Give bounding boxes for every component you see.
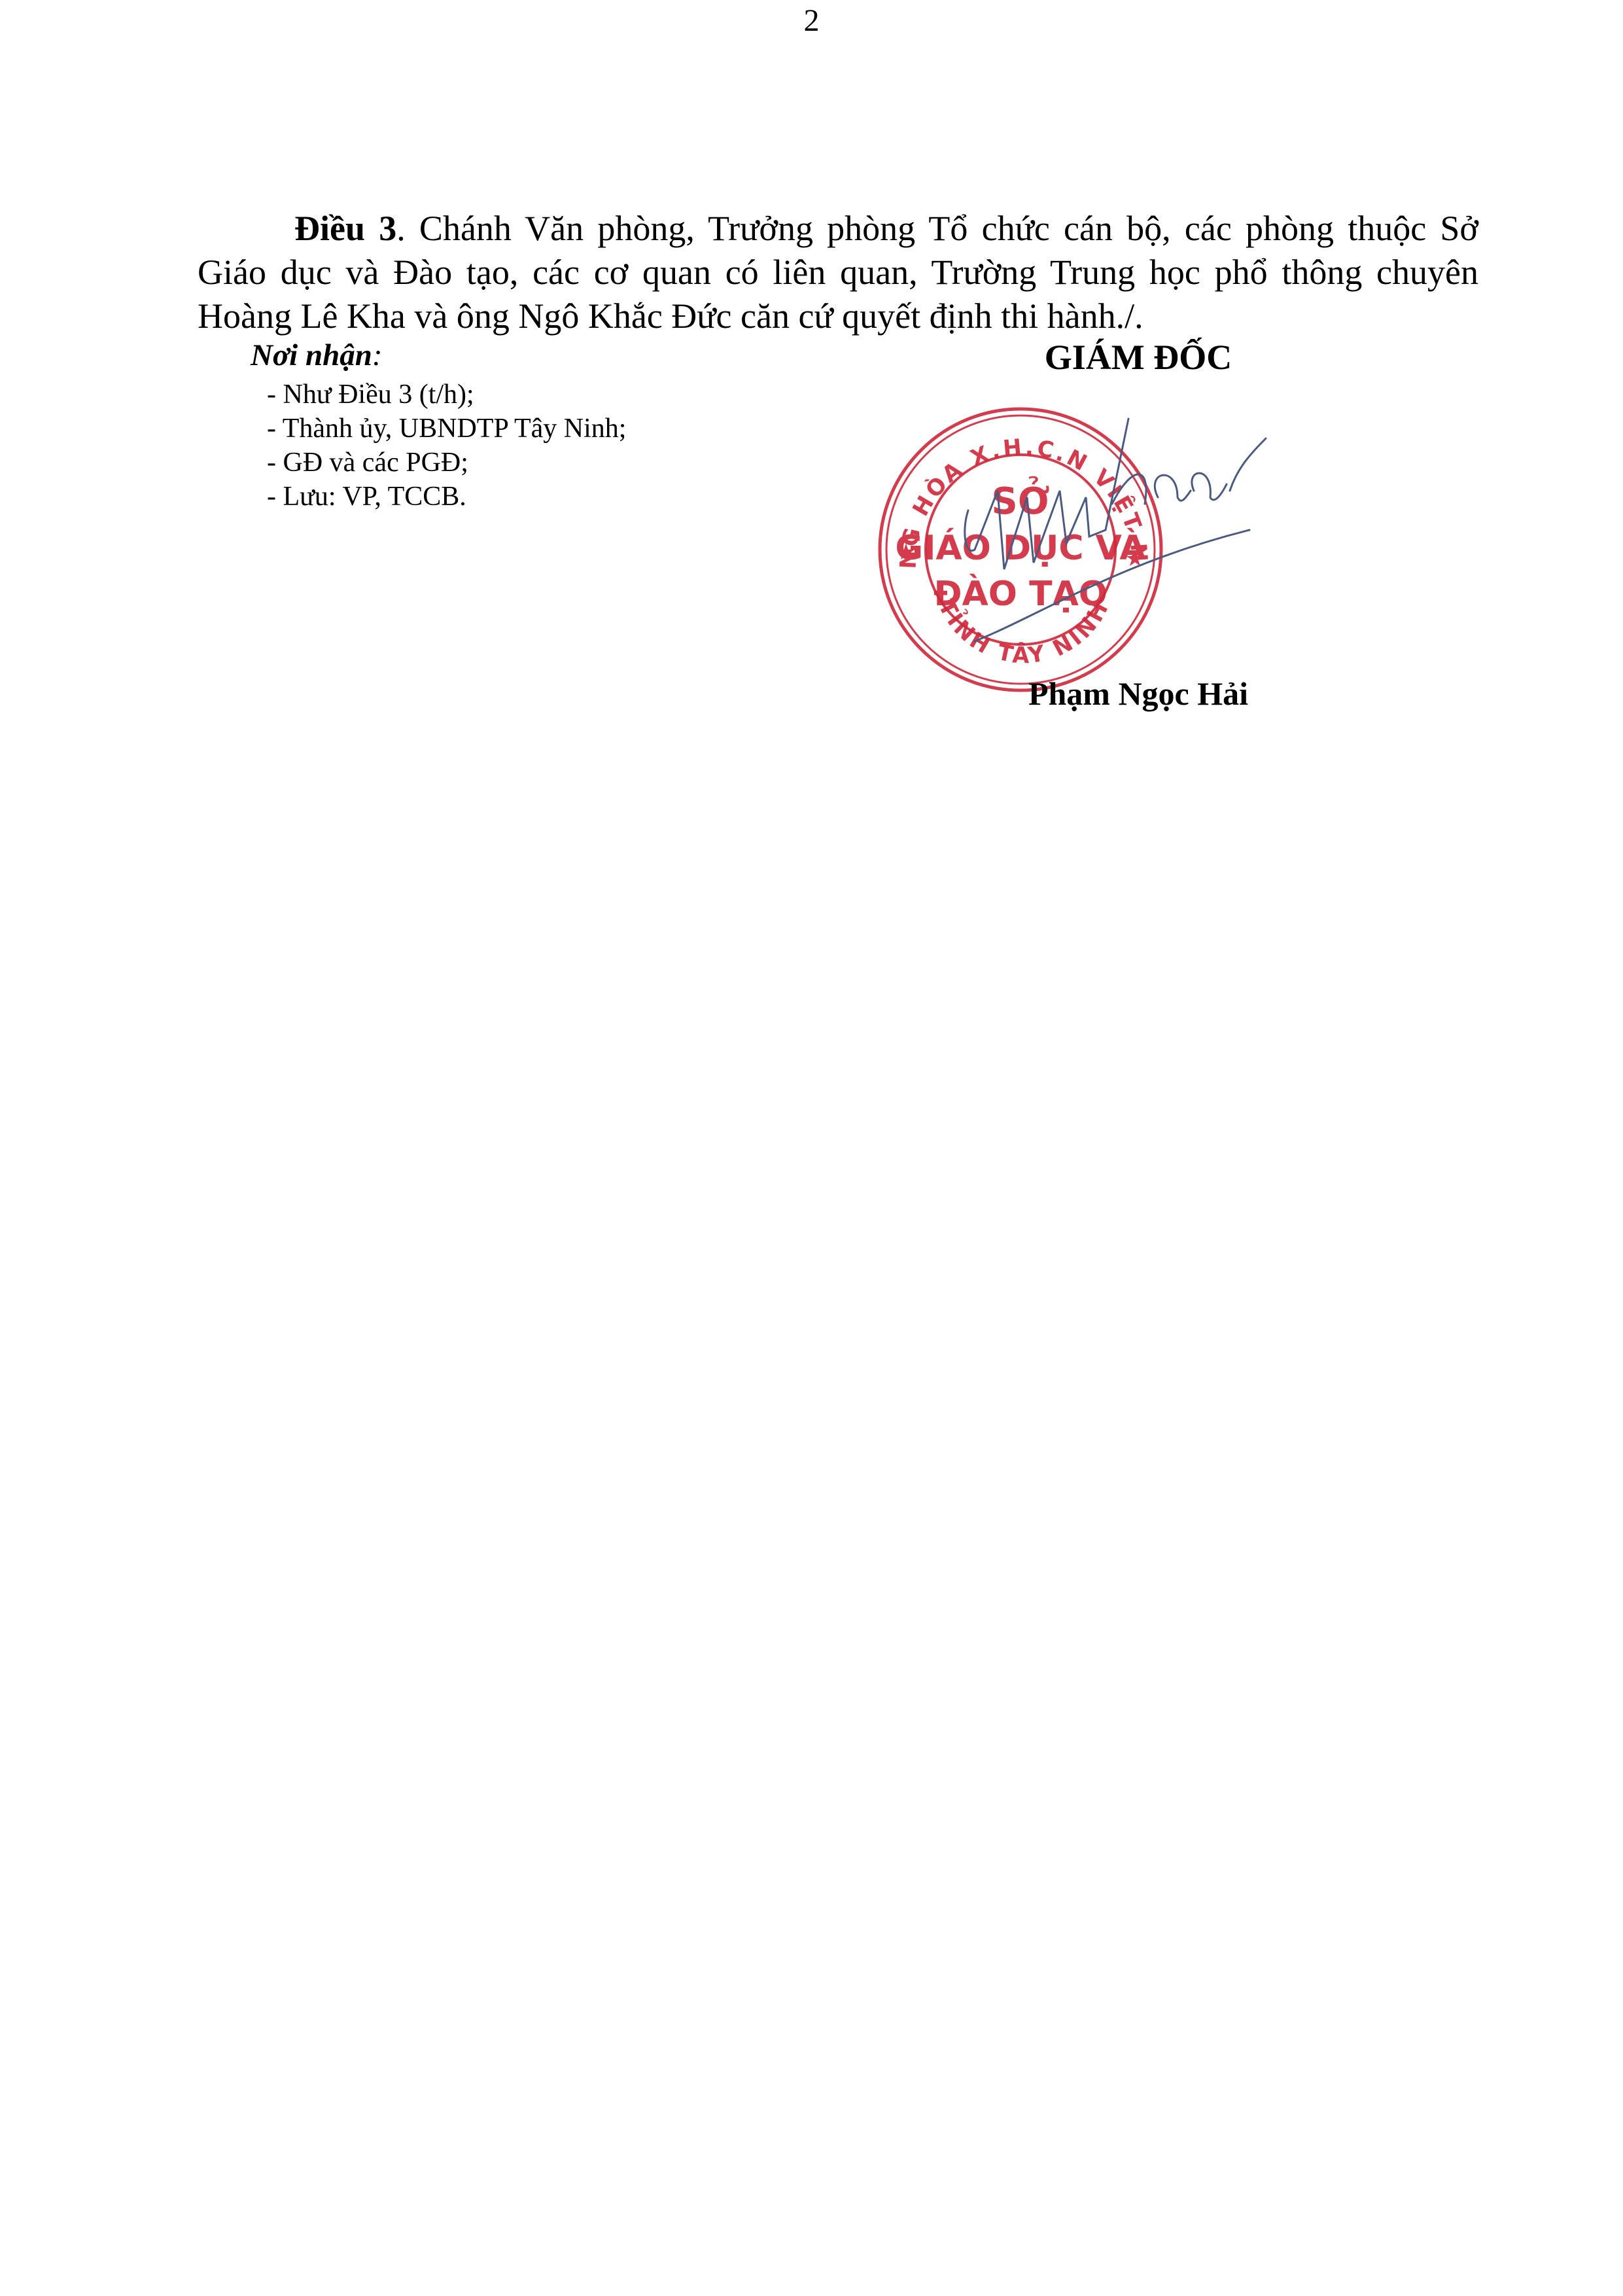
handwritten-signature xyxy=(870,393,1289,667)
page-number: 2 xyxy=(0,3,1623,39)
article-label: Điều 3 xyxy=(294,209,396,248)
recipient-item: - GĐ và các PGĐ; xyxy=(267,446,626,480)
recipient-item: - Như Điều 3 (t/h); xyxy=(267,378,626,412)
recipient-item: - Thành ủy, UBNDTP Tây Ninh; xyxy=(267,412,626,446)
recipients-title-text: Nơi nhận xyxy=(251,338,372,372)
recipient-item: - Lưu: VP, TCCB. xyxy=(267,480,626,514)
signer-name: Phạm Ngọc Hải xyxy=(955,673,1321,715)
article-paragraph: Điều 3. Chánh Văn phòng, Trưởng phòng Tổ… xyxy=(198,207,1478,338)
signer-title: GIÁM ĐỐC xyxy=(955,335,1321,380)
recipients-title-colon: : xyxy=(372,338,383,372)
recipients-title: Nơi nhận: xyxy=(251,336,626,375)
recipients-list: - Như Điều 3 (t/h); - Thành ủy, UBNDTP T… xyxy=(251,378,626,514)
recipients-block: Nơi nhận: - Như Điều 3 (t/h); - Thành ủy… xyxy=(251,336,626,514)
